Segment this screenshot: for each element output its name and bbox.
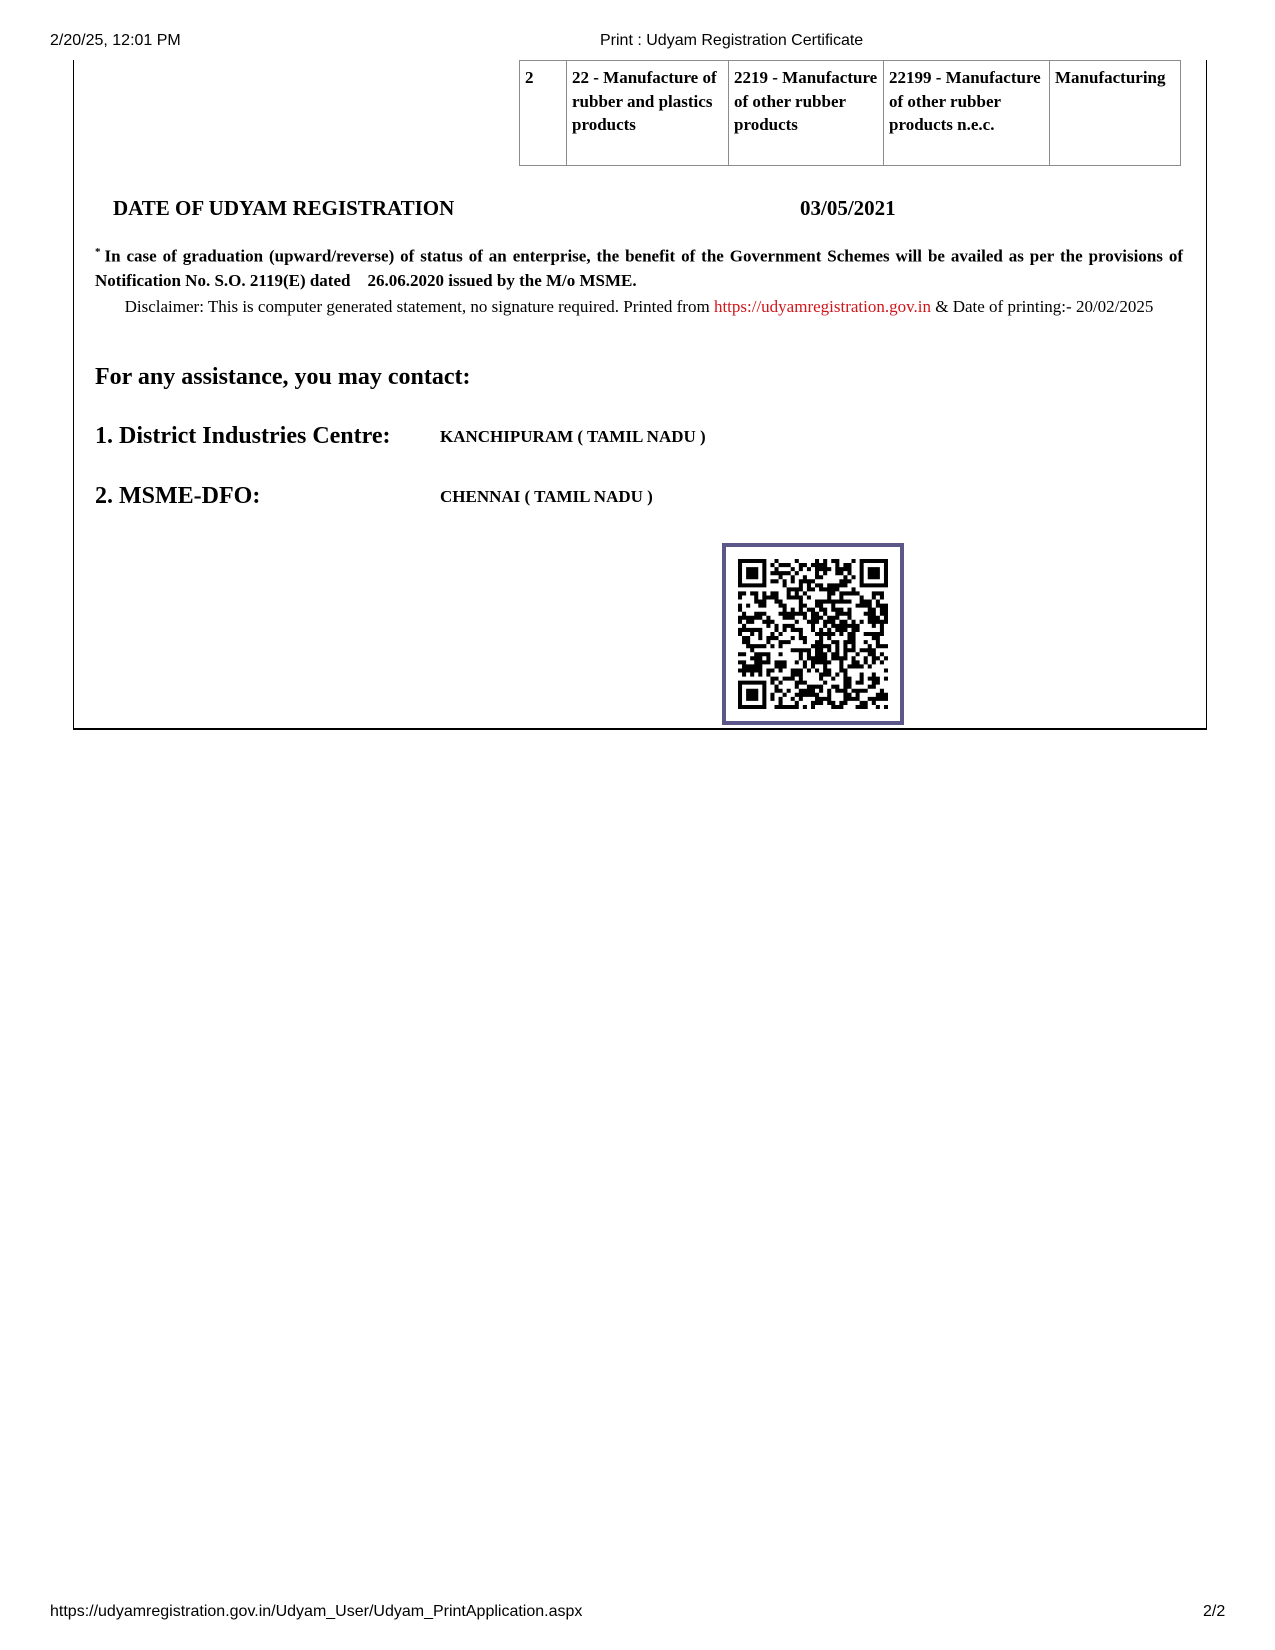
activity-cell: Manufacturing bbox=[1050, 61, 1181, 166]
udyam-portal-link[interactable]: https://udyamregistration.gov.in bbox=[714, 297, 931, 316]
table-row: 2 22 - Manufacture of rubber and plastic… bbox=[520, 61, 1181, 166]
print-timestamp: 2/20/25, 12:01 PM bbox=[50, 32, 181, 50]
print-footer-url: https://udyamregistration.gov.in/Udyam_U… bbox=[50, 1603, 582, 1621]
print-page-title: Print : Udyam Registration Certificate bbox=[600, 32, 863, 50]
page-number: 2/2 bbox=[1203, 1603, 1225, 1621]
disclaimer: Disclaimer: This is computer generated s… bbox=[95, 295, 1183, 319]
nic-5-digit-cell: 22199 - Manufacture of other rubber prod… bbox=[884, 61, 1050, 166]
graduation-note: *In case of graduation (upward/reverse) … bbox=[95, 240, 1183, 293]
nic-2-digit-cell: 22 - Manufacture of rubber and plastics … bbox=[567, 61, 729, 166]
disclaimer-suffix: & Date of printing:- bbox=[931, 297, 1076, 316]
nic-code-table: 2 22 - Manufacture of rubber and plastic… bbox=[519, 60, 1181, 166]
dic-value: KANCHIPURAM ( TAMIL NADU ) bbox=[440, 427, 706, 447]
qr-code-frame bbox=[722, 543, 904, 725]
msme-dfo-label: 2. MSME-DFO: bbox=[95, 483, 260, 510]
disclaimer-prefix: Disclaimer: This is computer generated s… bbox=[125, 297, 714, 316]
asterisk-marker: * bbox=[95, 246, 101, 258]
dic-label: 1. District Industries Centre: bbox=[95, 423, 391, 450]
qr-code-icon bbox=[738, 559, 888, 709]
registration-date-label: DATE OF UDYAM REGISTRATION bbox=[113, 196, 454, 221]
registration-date-value: 03/05/2021 bbox=[800, 196, 896, 221]
msme-dfo-value: CHENNAI ( TAMIL NADU ) bbox=[440, 487, 653, 507]
sno-cell: 2 bbox=[520, 61, 567, 166]
nic-4-digit-cell: 2219 - Manufacture of other rubber produ… bbox=[729, 61, 884, 166]
print-date: 20/02/2025 bbox=[1076, 297, 1153, 316]
graduation-note-text: In case of graduation (upward/reverse) o… bbox=[95, 247, 1187, 290]
contact-heading: For any assistance, you may contact: bbox=[95, 364, 471, 391]
